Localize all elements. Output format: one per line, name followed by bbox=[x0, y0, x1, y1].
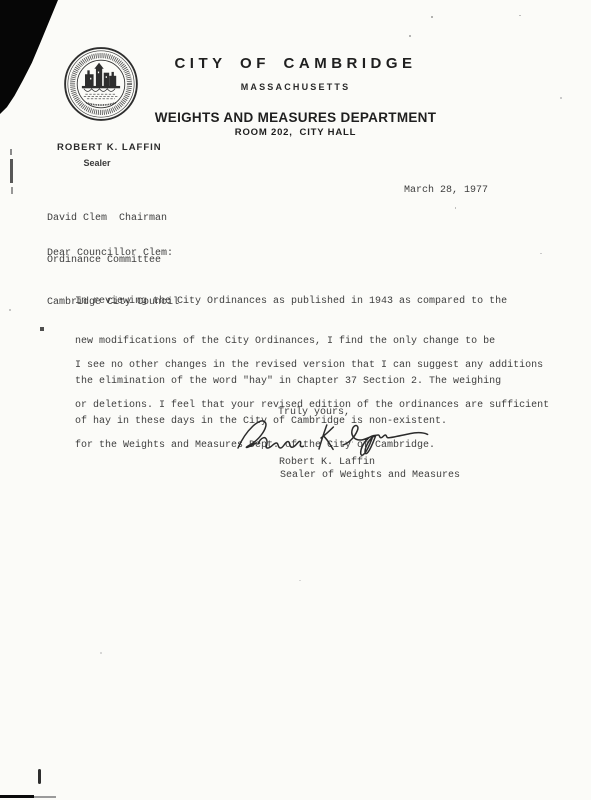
scan-artifact bbox=[560, 97, 562, 99]
scan-artifact bbox=[0, 795, 34, 798]
scan-artifact bbox=[455, 207, 456, 209]
scan-artifact bbox=[34, 796, 56, 798]
handwritten-signature bbox=[233, 412, 455, 462]
scan-artifact bbox=[540, 253, 542, 254]
scan-artifact bbox=[11, 187, 13, 194]
scan-artifact bbox=[431, 16, 433, 18]
scan-artifact bbox=[40, 327, 44, 331]
scanned-letter-page: CITY OF CAMBRIDGE MASSACHUSETTS WEIGHTS … bbox=[0, 0, 591, 800]
recipient-line: David Clem Chairman bbox=[47, 212, 179, 226]
letterhead-room: ROOM 202, CITY HALL bbox=[0, 127, 591, 138]
scan-artifact bbox=[299, 580, 301, 581]
scan-artifact bbox=[100, 652, 102, 654]
scan-artifact bbox=[10, 159, 13, 183]
letterhead-state: MASSACHUSETTS bbox=[0, 82, 591, 92]
scan-artifact bbox=[10, 149, 12, 155]
scan-artifact bbox=[519, 15, 521, 16]
signature-typed-name: Robert K. Laffin bbox=[279, 456, 375, 469]
letterhead-official-title: Sealer bbox=[57, 158, 137, 168]
signature-typed-title: Sealer of Weights and Measures bbox=[280, 469, 460, 482]
body-line: I see no other changes in the revised ve… bbox=[75, 359, 549, 372]
scan-artifact bbox=[9, 309, 11, 311]
salutation: Dear Councillor Clem: bbox=[47, 247, 173, 260]
letterhead-official-name: ROBERT K. LAFFIN bbox=[57, 142, 162, 153]
letterhead-department: WEIGHTS AND MEASURES DEPARTMENT bbox=[0, 110, 591, 125]
letter-date: March 28, 1977 bbox=[404, 184, 488, 197]
scan-artifact bbox=[409, 35, 411, 37]
scan-artifact bbox=[38, 769, 41, 784]
letterhead-city: CITY OF CAMBRIDGE bbox=[0, 55, 591, 72]
body-line: In reviewing the City Ordinances as publ… bbox=[75, 295, 507, 308]
